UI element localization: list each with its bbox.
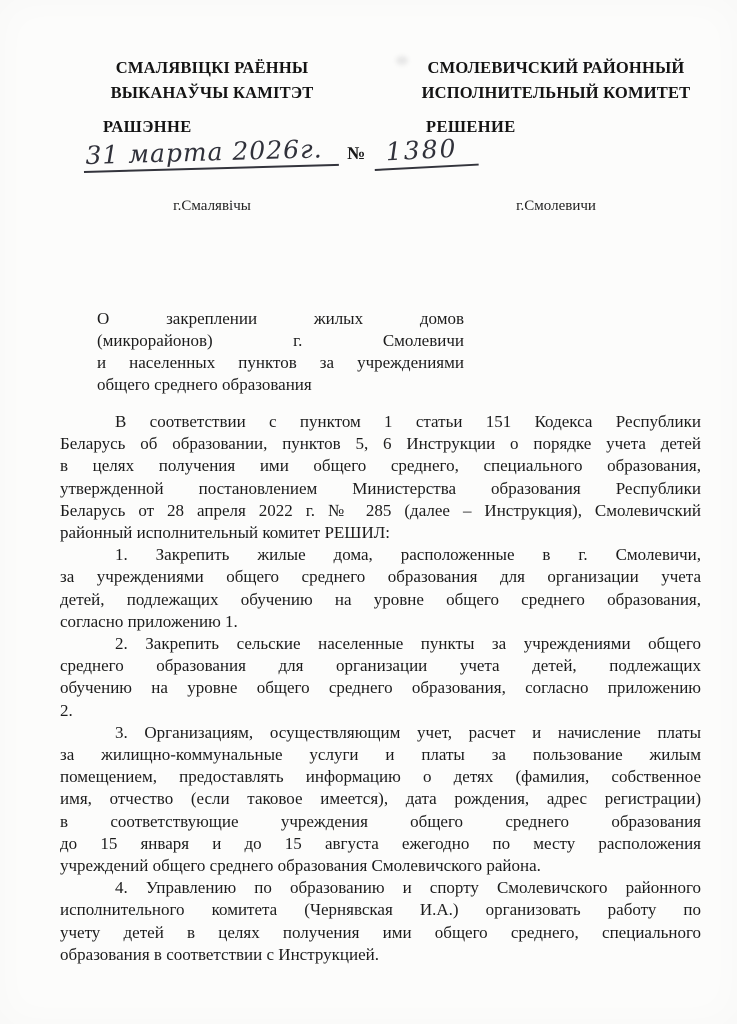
city-belarusian: г.Смалявічы	[96, 198, 328, 215]
scan-smudge	[396, 56, 408, 65]
handwritten-date: 31 марта 2026г.	[83, 134, 339, 173]
body-line: исполнительного комитета (Чернявская И.А…	[60, 899, 701, 921]
body-line: образования в соответствии с Инструкцией…	[60, 944, 701, 966]
body-line: Беларусь от 28 апреля 2022 г. № 285 (дал…	[60, 500, 701, 522]
body-line: среднего образования для организации уче…	[60, 655, 701, 677]
body-line: районный исполнительный комитет РЕШИЛ:	[60, 522, 701, 544]
date-number-line: 31 марта 2026г.№1380	[84, 141, 414, 189]
body-line: за учреждениями общего среднего образова…	[60, 566, 701, 588]
body-line: Беларусь об образовании, пунктов 5, 6 Ин…	[60, 433, 701, 455]
city-russian: г.Смолевичи	[418, 198, 694, 215]
body-line: обучению на уровне общего среднего образ…	[60, 677, 701, 699]
body-line: 3. Организациям, осуществляющим учет, ра…	[60, 722, 701, 744]
body-line: детей, подлежащих обучению на уровне общ…	[60, 589, 701, 611]
body-line: помещением, предоставлять информацию о д…	[60, 766, 701, 788]
body-line: в соответствующие учреждения общего сред…	[60, 811, 701, 833]
doc-type-belarusian: РАШЭННЕ	[103, 117, 192, 137]
body-line: в целях получения ими общего среднего, с…	[60, 455, 701, 477]
body-line: имя, отчество (если таковое имеется), да…	[60, 788, 701, 810]
body-line: 2. Закрепить сельские населенные пункты …	[60, 633, 701, 655]
body-line: учету детей в целях получения ими общего…	[60, 922, 701, 944]
body-line: 2.	[60, 700, 701, 722]
body-line: за жилищно-коммунальные услуги и платы з…	[60, 744, 701, 766]
body-line: до 15 января и до 15 августа ежегодно по…	[60, 833, 701, 855]
body-line: 4. Управлению по образованию и спорту См…	[60, 877, 701, 899]
body-line: В соответствии с пунктом 1 статьи 151 Ко…	[60, 411, 701, 433]
document-body: В соответствии с пунктом 1 статьи 151 Ко…	[60, 411, 701, 966]
title-line: и населенных пунктов за учреждениями	[97, 352, 464, 374]
title-line: общего среднего образования	[97, 374, 464, 396]
number-sign: №	[347, 143, 365, 163]
org-name-russian: СМОЛЕВИЧСКИЙ РАЙОННЫЙ ИСПОЛНИТЕЛЬНЫЙ КОМ…	[418, 55, 694, 105]
body-line: согласно приложению 1.	[60, 611, 701, 633]
org-name-ru-line2: ИСПОЛНИТЕЛЬНЫЙ КОМИТЕТ	[418, 80, 694, 105]
title-line: (микрорайонов) г. Смолевичи	[97, 330, 464, 352]
body-line: 1. Закрепить жилые дома, расположенные в…	[60, 544, 701, 566]
org-name-be-line1: СМАЛЯВІЦКІ РАЁННЫ	[96, 55, 328, 80]
org-name-ru-line1: СМОЛЕВИЧСКИЙ РАЙОННЫЙ	[418, 55, 694, 80]
body-line: утвержденной постановлением Министерства…	[60, 478, 701, 500]
org-name-belarusian: СМАЛЯВІЦКІ РАЁННЫ ВЫКАНАЎЧЫ КАМІТЭТ	[96, 55, 328, 105]
body-line: учреждений общего среднего образования С…	[60, 855, 701, 877]
org-name-be-line2: ВЫКАНАЎЧЫ КАМІТЭТ	[96, 80, 328, 105]
document-title: О закреплении жилых домов(микрорайонов) …	[97, 308, 464, 396]
title-line: О закреплении жилых домов	[97, 308, 464, 330]
document-page: СМАЛЯВІЦКІ РАЁННЫ ВЫКАНАЎЧЫ КАМІТЭТ СМОЛ…	[0, 0, 737, 1024]
handwritten-number: 1380	[373, 133, 478, 171]
